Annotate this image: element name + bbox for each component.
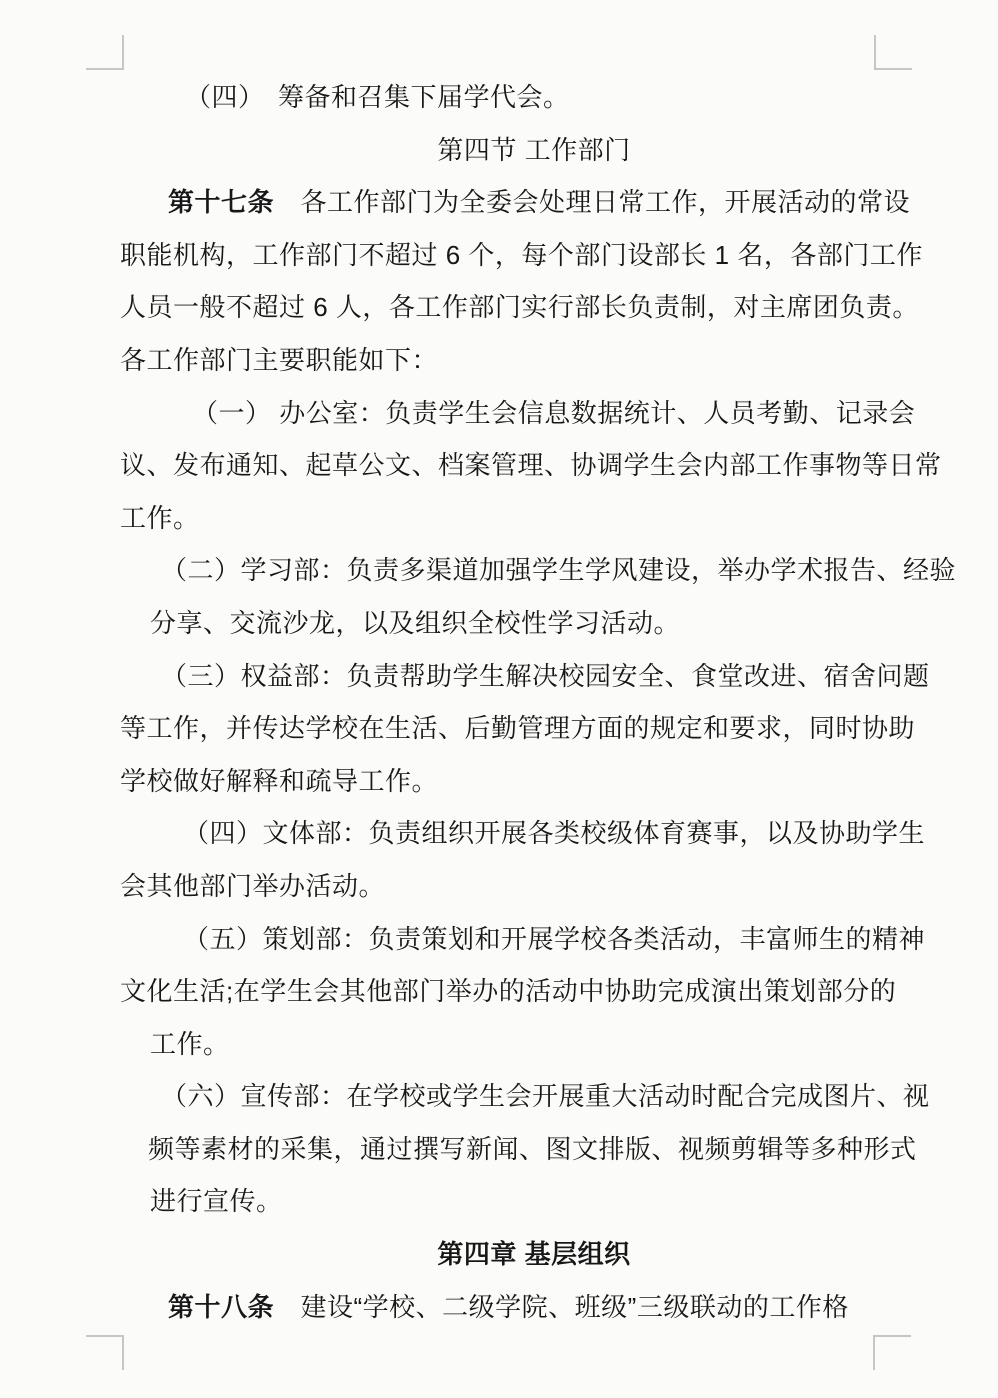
- list-item-4-preceding-section: （四） 筹备和召集下届学代会。: [0, 71, 998, 124]
- article-17-line-1: 第十七条 各工作部门为全委会处理日常工作，开展活动的常设: [0, 176, 998, 229]
- text-run: （四） 筹备和召集下届学代会。: [185, 82, 570, 112]
- document-content: （四） 筹备和召集下届学代会。第四节 工作部门第十七条 各工作部门为全委会处理日…: [0, 71, 998, 1333]
- text-run: 会其他部门举办活动。: [120, 871, 385, 901]
- dept-5-planning-line-1: （五）策划部：负责策划和开展学校各类活动，丰富师生的精神: [0, 913, 998, 966]
- text-run: 等工作，并传达学校在生活、后勤管理方面的规定和要求，同时协助: [120, 713, 915, 743]
- dept-1-office-line-3: 工作。: [0, 492, 998, 545]
- dept-4-sports-line-1: （四）文体部：负责组织开展各类校级体育赛事，以及协助学生: [0, 807, 998, 860]
- text-run: 建设“学校、二级学院、班级”三级联动的工作格: [274, 1292, 849, 1322]
- text-run: 人员一般不超过 6 人，各工作部门实行部长负责制，对主席团负责。: [120, 292, 919, 322]
- text-run: 工作。: [150, 1029, 230, 1059]
- text-boundary-mark-bottom-right: [873, 1335, 911, 1370]
- text-run: 第四节 工作部门: [437, 135, 630, 165]
- dept-6-publicity-line-2: 频等素材的采集，通过撰写新闻、图文排版、视频剪辑等多种形式: [0, 1123, 998, 1176]
- article-17-line-4: 各工作部门主要职能如下：: [0, 334, 998, 387]
- dept-2-study-line-1: （二）学习部：负责多渠道加强学生学风建设，举办学术报告、经验: [0, 544, 998, 597]
- dept-3-rights-line-1: （三）权益部：负责帮助学生解决校园安全、食堂改进、宿舍问题: [0, 650, 998, 703]
- dept-4-sports-line-2: 会其他部门举办活动。: [0, 860, 998, 913]
- text-run: （一） 办公室：负责学生会信息数据统计、人员考勤、记录会: [192, 398, 915, 428]
- text-run: 各工作部门为全委会处理日常工作，开展活动的常设: [274, 187, 910, 217]
- text-run: 议、发布通知、起草公文、档案管理、协调学生会内部工作事物等日常: [120, 450, 942, 480]
- dept-5-planning-line-3: 工作。: [0, 1018, 998, 1071]
- text-run: （四）文体部：负责组织开展各类校级体育赛事，以及协助学生: [183, 818, 925, 848]
- dept-6-publicity-line-3: 进行宣传。: [0, 1175, 998, 1228]
- text-run: 各工作部门主要职能如下：: [120, 345, 438, 375]
- dept-3-rights-line-2: 等工作，并传达学校在生活、后勤管理方面的规定和要求，同时协助: [0, 702, 998, 755]
- text-run: 分享、交流沙龙，以及组织全校性学习活动。: [150, 608, 680, 638]
- text-run: 进行宣传。: [150, 1186, 283, 1216]
- text-boundary-mark-top-left: [86, 35, 124, 70]
- document-page: （四） 筹备和召集下届学代会。第四节 工作部门第十七条 各工作部门为全委会处理日…: [0, 0, 998, 1398]
- dept-1-office-line-1: （一） 办公室：负责学生会信息数据统计、人员考勤、记录会: [0, 387, 998, 440]
- text-run: （三）权益部：负责帮助学生解决校园安全、食堂改进、宿舍问题: [161, 661, 930, 691]
- text-boundary-mark-bottom-left: [86, 1335, 124, 1370]
- chapter-heading: 第四章 基层组织: [0, 1228, 998, 1281]
- bold-term: 第十七条: [168, 187, 274, 217]
- text-run: （二）学习部：负责多渠道加强学生学风建设，举办学术报告、经验: [161, 555, 956, 585]
- text-boundary-mark-top-right: [874, 35, 912, 70]
- dept-5-planning-line-2: 文化生活;在学生会其他部门举办的活动中协助完成演出策划部分的: [0, 965, 998, 1018]
- bold-term: 第四章 基层组织: [437, 1239, 630, 1269]
- dept-3-rights-line-3: 学校做好解释和疏导工作。: [0, 755, 998, 808]
- text-run: 文化生活;在学生会其他部门举办的活动中协助完成演出策划部分的: [120, 976, 896, 1006]
- text-run: （五）策划部：负责策划和开展学校各类活动，丰富师生的精神: [183, 924, 925, 954]
- article-17-line-3: 人员一般不超过 6 人，各工作部门实行部长负责制，对主席团负责。: [0, 281, 998, 334]
- bold-term: 第十八条: [168, 1292, 274, 1322]
- text-run: 工作。: [120, 503, 200, 533]
- dept-1-office-line-2: 议、发布通知、起草公文、档案管理、协调学生会内部工作事物等日常: [0, 439, 998, 492]
- dept-6-publicity-line-1: （六）宣传部：在学校或学生会开展重大活动时配合完成图片、视: [0, 1070, 998, 1123]
- text-run: 职能机构，工作部门不超过 6 个，每个部门设部长 1 名，各部门工作: [120, 240, 923, 270]
- article-17-line-2: 职能机构，工作部门不超过 6 个，每个部门设部长 1 名，各部门工作: [0, 229, 998, 282]
- text-run: 频等素材的采集，通过撰写新闻、图文排版、视频剪辑等多种形式: [148, 1134, 917, 1164]
- section-heading: 第四节 工作部门: [0, 124, 998, 177]
- article-18-line-1: 第十八条 建设“学校、二级学院、班级”三级联动的工作格: [0, 1281, 998, 1334]
- dept-2-study-line-2: 分享、交流沙龙，以及组织全校性学习活动。: [0, 597, 998, 650]
- text-run: （六）宣传部：在学校或学生会开展重大活动时配合完成图片、视: [161, 1081, 930, 1111]
- text-run: 学校做好解释和疏导工作。: [120, 766, 438, 796]
